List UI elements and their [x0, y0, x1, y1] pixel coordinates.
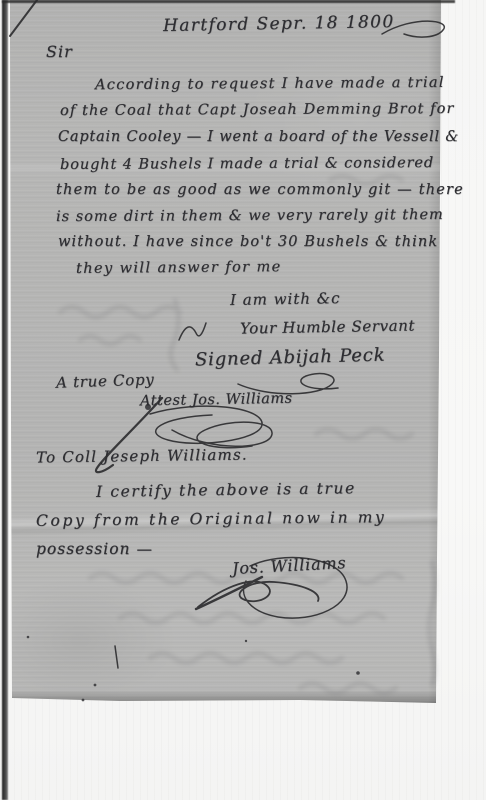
certification-line: Copy from the Original now in my: [36, 508, 386, 530]
certification-line: possession —: [36, 540, 153, 558]
letter-body-line: bought 4 Bushels I made a trial & consid…: [60, 155, 434, 173]
certification-line: I certify the above is a true: [96, 479, 356, 501]
letter-body-line: without. I have since bo't 30 Bushels & …: [58, 234, 438, 250]
letter-body-line: is some dirt in them & we very rarely gi…: [56, 207, 444, 225]
addressee-line: To Coll Jeseph Williams.: [36, 446, 248, 467]
letter-body-line: they will answer for me: [76, 259, 282, 277]
letter-closing-line: Your Humble Servant: [240, 316, 415, 337]
letter-heading: Hartford Sepr. 18 1800: [163, 12, 395, 36]
scanner-edge-line: [2, 0, 8, 800]
true-copy-note: A true Copy: [56, 370, 155, 391]
letter-body-line: According to request I have made a trial: [95, 75, 445, 93]
letter-closing-line: I am with &c: [230, 289, 341, 309]
letter-body-line: them to be as good as we commonly git — …: [56, 182, 464, 198]
letter-body-line: of the Coal that Capt Joseah Demming Bro…: [60, 101, 455, 119]
attest-line: Attest Jos. Williams: [140, 391, 293, 410]
letter-body-line: Captain Cooley — I went a board of the V…: [58, 129, 459, 145]
paper-top-edge: [2, 0, 455, 3]
letter-salutation: Sir: [46, 42, 73, 61]
scanned-letter-page: Hartford Sepr. 18 1800 Sir According to …: [0, 0, 486, 800]
